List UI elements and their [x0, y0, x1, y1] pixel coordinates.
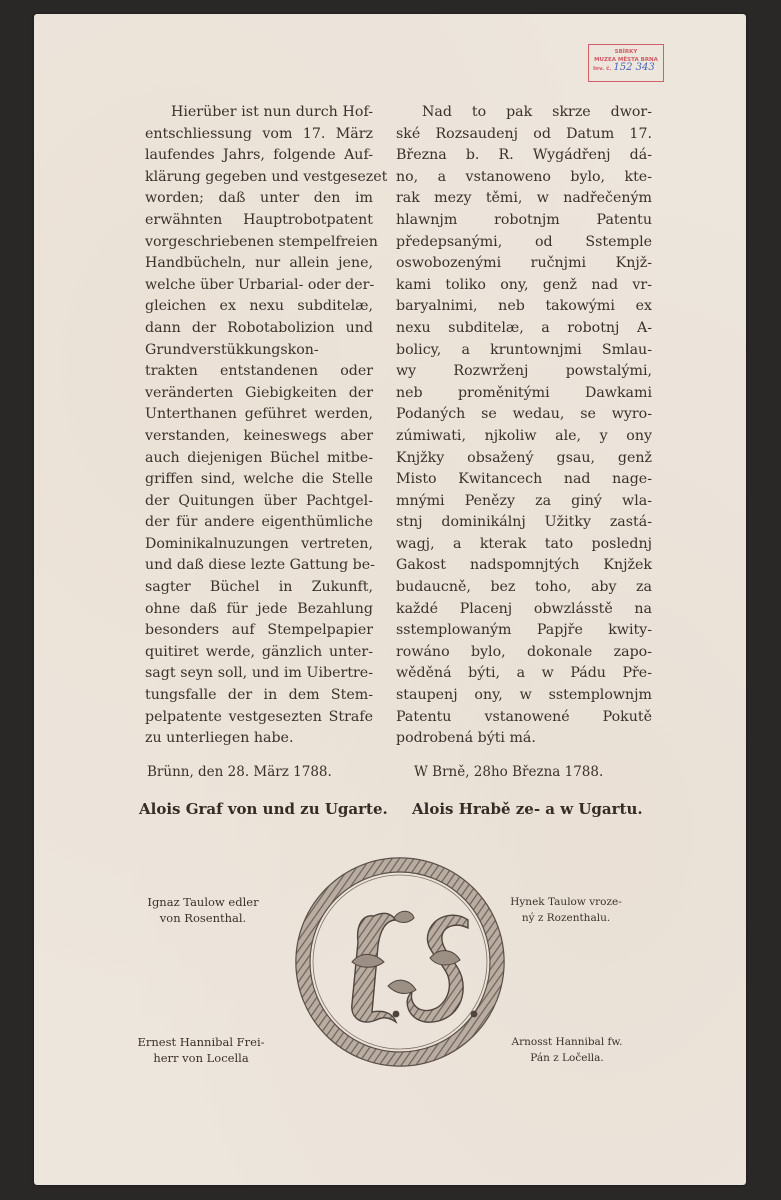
stamp-inv-number: 152 343 [613, 62, 654, 73]
text-line: Dominikalnuzungen vertreten, [145, 534, 373, 556]
text-line: besonders auf Stempelpapier [145, 620, 373, 642]
text-line: sstemplowaným Papjře kwity- [396, 620, 652, 642]
official-bottom-left: Ernest Hannibal Frei- herr von Locella [116, 1034, 286, 1066]
text-line: der Quitungen über Pachtgel- [145, 491, 373, 513]
text-line: klärung gegeben und vestgesezet [145, 167, 373, 189]
official-name-line: herr von Locella [116, 1050, 286, 1066]
text-line: sagt seyn soll, und im Uibertre- [145, 663, 373, 685]
text-line: dann der Robotabolizion und [145, 318, 373, 340]
ls-seal-icon [292, 854, 508, 1070]
text-line: auch diejenigen Büchel mitbe- [145, 448, 373, 470]
text-line: nexu subditelæ, a robotnj A- [396, 318, 652, 340]
text-line: Hierüber ist nun durch Hof- [145, 102, 373, 124]
text-line: wěděná býti, a w Pádu Pře- [396, 663, 652, 685]
text-line: Unterthanen geführet werden, [145, 404, 373, 426]
text-line: neb proměnitými Dawkami [396, 383, 652, 405]
text-line: kami toliko ony, genž nad vr- [396, 275, 652, 297]
text-line: Handbücheln, nur allein jene, [145, 253, 373, 275]
text-line: oswobozenými ručnjmi Knjž- [396, 253, 652, 275]
signature-german: Alois Graf von und zu Ugarte. [139, 800, 388, 818]
text-line: und daß diese lezte Gattung be- [145, 555, 373, 577]
text-line: Knjžky obsažený gsau, genž [396, 448, 652, 470]
text-line: předepsanými, od Sstemple [396, 232, 652, 254]
signature-czech: Alois Hrabě ze- a w Ugartu. [412, 800, 643, 818]
text-line: ské Rozsaudenj od Datum 17. [396, 124, 652, 146]
document-page: SBÍRKY MUZEA MĚSTA BRNA Inv. č. 152 343 … [34, 14, 746, 1185]
official-name-line: Ernest Hannibal Frei- [116, 1034, 286, 1050]
text-line: Gakost nadspomnjtých Knjžek [396, 555, 652, 577]
stamp-line-1: SBÍRKY [589, 48, 663, 56]
text-line: verstanden, keineswegs aber [145, 426, 373, 448]
text-line: wy Rozwrženj powstalými, [396, 361, 652, 383]
date-german: Brünn, den 28. März 1788. [147, 764, 332, 780]
text-line: pelpatente vestgesezten Strafe [145, 707, 373, 729]
official-name-line: ný z Rozenthalu. [496, 910, 636, 926]
text-line: rowáno bylo, dokonale zapo- [396, 642, 652, 664]
text-line: welche über Urbarial- oder der- [145, 275, 373, 297]
text-line: trakten entstandenen oder [145, 361, 373, 383]
museum-inventory-stamp: SBÍRKY MUZEA MĚSTA BRNA Inv. č. 152 343 [588, 44, 664, 82]
text-line: každé Placenj obwzlásstě na [396, 599, 652, 621]
date-czech: W Brně, 28ho Března 1788. [414, 764, 603, 780]
text-line: laufendes Jahrs, folgende Auf- [145, 145, 373, 167]
official-name-line: Hynek Taulow vroze- [496, 894, 636, 910]
german-text-column: Hierüber ist nun durch Hof-entschliessun… [145, 102, 373, 750]
official-top-left: Ignaz Taulow edler von Rosenthal. [118, 894, 288, 926]
official-name-line: Ignaz Taulow edler [118, 894, 288, 910]
text-line: Nad to pak skrze dwor- [396, 102, 652, 124]
czech-text-column: Nad to pak skrze dwor-ské Rozsaudenj od … [396, 102, 652, 750]
text-line: mnými Penězy za giný wla- [396, 491, 652, 513]
text-line: erwähnten Hauptrobotpatent [145, 210, 373, 232]
text-line: bolicy, a kruntownjmi Smlau- [396, 340, 652, 362]
official-name-line: von Rosenthal. [118, 910, 288, 926]
official-bottom-right: Arnosst Hannibal fw. Pán z Ločella. [492, 1034, 642, 1066]
text-line: der für andere eigenthümliche [145, 512, 373, 534]
text-line: stnj dominikálnj Užitky zastá- [396, 512, 652, 534]
text-line: wagj, a kterak tato poslednj [396, 534, 652, 556]
text-line: griffen sind, welche die Stelle [145, 469, 373, 491]
official-name-line: Arnosst Hannibal fw. [492, 1034, 642, 1050]
text-line: Grundverstükkungskon- [145, 340, 373, 362]
official-top-right: Hynek Taulow vroze- ný z Rozenthalu. [496, 894, 636, 926]
text-line: zúmiwati, njkoliw ale, y ony [396, 426, 652, 448]
text-line: no, a vstanoweno bylo, kte- [396, 167, 652, 189]
text-line: entschliessung vom 17. März [145, 124, 373, 146]
text-line: rak mezy těmi, w nadřečeným [396, 188, 652, 210]
text-line: zu unterliegen habe. [145, 728, 373, 750]
text-line: quitiret werde, gänzlich unter- [145, 642, 373, 664]
text-line: Března b. R. Wygádřenj dá- [396, 145, 652, 167]
text-line: Misto Kwitancech nad nage- [396, 469, 652, 491]
stamp-inventory: Inv. č. 152 343 [589, 64, 663, 73]
text-line: ohne daß für jede Bezahlung [145, 599, 373, 621]
text-line: vorgeschriebenen stempelfreien [145, 232, 373, 254]
text-line: worden; daß unter den im [145, 188, 373, 210]
text-line: staupenj ony, w sstemplownjm [396, 685, 652, 707]
text-line: tungsfalle der in dem Stem- [145, 685, 373, 707]
text-line: baryalnimi, neb takowými ex [396, 296, 652, 318]
text-line: Patentu vstanowené Pokutě [396, 707, 652, 729]
official-name-line: Pán z Ločella. [492, 1050, 642, 1066]
text-line: hlawnjm robotnjm Patentu [396, 210, 652, 232]
text-line: budaucně, bez toho, aby za [396, 577, 652, 599]
text-line: sagter Büchel in Zukunft, [145, 577, 373, 599]
text-line: gleichen ex nexu subditelæ, [145, 296, 373, 318]
stamp-inv-label: Inv. č. [593, 66, 611, 72]
text-line: veränderten Giebigkeiten der [145, 383, 373, 405]
text-line: podrobená býti má. [396, 728, 652, 750]
text-line: Podaných se wedau, se wyro- [396, 404, 652, 426]
